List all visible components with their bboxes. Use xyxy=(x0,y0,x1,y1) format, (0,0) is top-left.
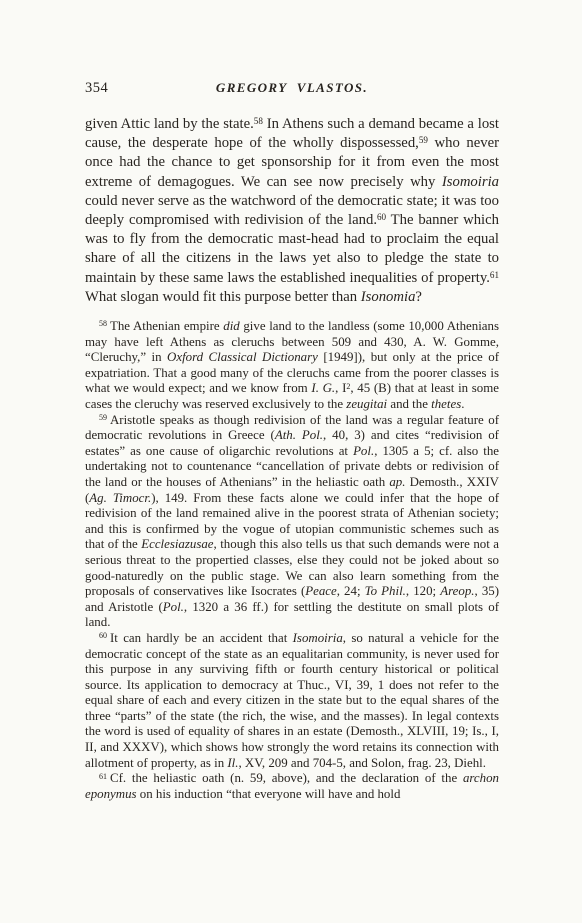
footnotes-section: 58The Athenian empire did give land to t… xyxy=(85,319,499,802)
footnote-marker-61: 61 xyxy=(99,772,107,781)
page-number: 354 xyxy=(85,80,108,97)
footnote-61-text: Cf. the heliastic oath (n. 59, above), a… xyxy=(85,771,499,801)
running-header: 354 GREGORY VLASTOS. xyxy=(85,80,499,96)
main-paragraph: given Attic land by the state.58 In Athe… xyxy=(85,115,499,307)
footnote-61: 61Cf. the heliastic oath (n. 59, above),… xyxy=(85,771,499,802)
footnote-marker-59: 59 xyxy=(99,413,107,422)
footnote-58-text: The Athenian empire did give land to the… xyxy=(85,319,499,411)
footnote-60: 60It can hardly be an accident that Isom… xyxy=(85,631,499,771)
footnote-marker-58: 58 xyxy=(99,319,107,328)
footnote-59: 59Aristotle speaks as though redivision … xyxy=(85,413,499,631)
running-title: GREGORY VLASTOS. xyxy=(85,80,499,96)
footnote-58: 58The Athenian empire did give land to t… xyxy=(85,319,499,413)
footnote-60-text: It can hardly be an accident that Isomoi… xyxy=(85,631,499,770)
scanned-paper-page: 354 GREGORY VLASTOS. given Attic land by… xyxy=(0,0,582,923)
body-text: given Attic land by the state.58 In Athe… xyxy=(85,115,499,307)
text-block: 354 GREGORY VLASTOS. given Attic land by… xyxy=(85,80,499,802)
footnote-marker-60: 60 xyxy=(99,631,107,640)
footnote-59-text: Aristotle speaks as though redivision of… xyxy=(85,413,499,630)
